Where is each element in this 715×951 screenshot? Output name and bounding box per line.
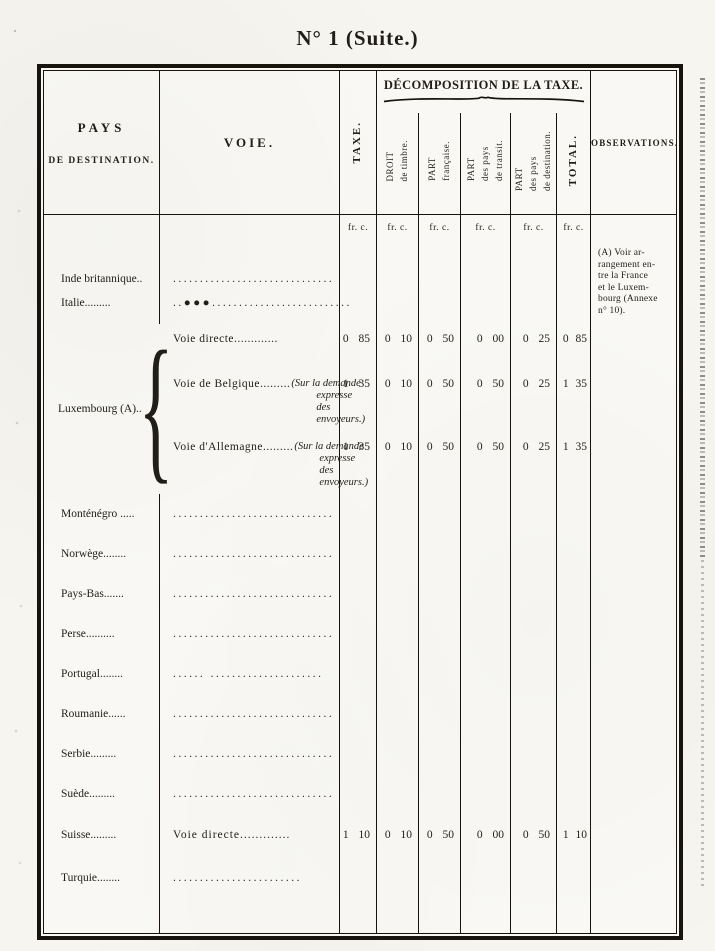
francaise-cell — [419, 534, 461, 574]
country-label: Norwège........ — [44, 534, 160, 574]
taxe-cell — [340, 574, 377, 614]
observations-cell — [591, 436, 676, 494]
header-part-francaise-label: PART française. — [426, 141, 454, 181]
transit-cell — [461, 574, 511, 614]
transit-cell: 0 00 — [461, 324, 511, 372]
voie-value: Voie d'Allemagne......... (Sur la demand… — [160, 436, 340, 494]
transit-cell — [461, 494, 511, 534]
header-droit-timbre: DROIT de timbre. — [377, 113, 419, 214]
table-row-italie: Italie......... ..●●●...................… — [44, 282, 676, 324]
country-label: Monténégro ..... — [44, 494, 160, 534]
table-row-roumanie: Roumanie...... .........................… — [44, 694, 676, 734]
table-row-suede: Suède......... .........................… — [44, 774, 676, 814]
taxe-cell: 1 10 — [340, 814, 377, 856]
total-cell — [557, 494, 591, 534]
header-part-transit: PART des pays de transit. — [461, 113, 511, 214]
horizontal-brace-decoration — [381, 94, 587, 104]
units-row: fr. c. fr. c. fr. c. fr. c. fr. c. fr. c… — [44, 214, 676, 240]
voie-value: .............................. — [160, 494, 340, 534]
francaise-cell — [419, 614, 461, 654]
transit-cell — [461, 774, 511, 814]
table-body: Inde britannique.. .....................… — [44, 240, 676, 933]
voie-value: .............................. — [160, 734, 340, 774]
timbre-cell — [377, 282, 419, 324]
units-timbre: fr. c. — [377, 215, 419, 240]
total-cell — [557, 534, 591, 574]
units-transit: fr. c. — [461, 215, 511, 240]
header-taxe-label: TAXE. — [349, 121, 366, 164]
luxembourg-entry-voie-allemagne: Voie d'Allemagne......... (Sur la demand… — [160, 436, 676, 494]
table-row-portugal: Portugal........ ...... ................… — [44, 654, 676, 694]
timbre-cell — [377, 694, 419, 734]
taxe-cell — [340, 494, 377, 534]
destination-cell: 0 25 — [511, 436, 557, 494]
scan-speckles — [14, 30, 16, 32]
voie-line: Voie d'Allemagne......... — [173, 441, 293, 453]
total-cell: 1 35 — [557, 436, 591, 494]
destination-cell: 0 25 — [511, 372, 557, 436]
francaise-cell — [419, 774, 461, 814]
taxe-cell — [340, 534, 377, 574]
transit-cell: 0 50 — [461, 372, 511, 436]
timbre-cell — [377, 734, 419, 774]
table-row-norwege: Norwège........ ........................… — [44, 534, 676, 574]
timbre-cell: 0 10 — [377, 814, 419, 856]
country-label-luxembourg: Luxembourg (A).. — [44, 324, 160, 494]
voie-value: Voie directe............. — [160, 324, 340, 372]
voie-value: .............................. — [160, 694, 340, 734]
timbre-cell — [377, 494, 419, 534]
transit-cell — [461, 654, 511, 694]
voie-line: Voie de Belgique......... — [173, 378, 290, 390]
header-part-transit-label: PART des pays de transit. — [465, 140, 507, 181]
header-taxe: TAXE. — [340, 71, 377, 214]
decomposition-title: DÉCOMPOSITION DE LA TAXE. — [384, 78, 583, 93]
observations-cell — [591, 534, 676, 574]
francaise-cell — [419, 494, 461, 534]
voie-value: .............................. — [160, 774, 340, 814]
table-row-pays-bas: Pays-Bas....... ........................… — [44, 574, 676, 614]
header-pays-line2: DE DESTINATION. — [48, 156, 154, 166]
transit-cell — [461, 282, 511, 324]
voie-value: Voie directe............. — [160, 814, 340, 856]
francaise-cell — [419, 856, 461, 933]
table-row-inde-britannique: Inde britannique.. .....................… — [44, 240, 676, 282]
observations-cell — [591, 494, 676, 534]
country-label: Portugal........ — [44, 654, 160, 694]
observations-cell — [591, 694, 676, 734]
francaise-cell — [419, 734, 461, 774]
units-destination: fr. c. — [511, 215, 557, 240]
units-observations-cell — [591, 215, 676, 240]
transit-cell — [461, 694, 511, 734]
voie-value: Voie de Belgique......... (Sur la demand… — [160, 372, 340, 436]
header-observations-label: OBSERVATIONS. — [591, 138, 678, 148]
total-cell — [557, 574, 591, 614]
country-label: Turquie........ — [44, 856, 160, 933]
table-row-turquie: Turquie........ ........................ — [44, 856, 676, 933]
observations-cell — [591, 774, 676, 814]
country-label: Suisse......... — [44, 814, 160, 856]
total-cell — [557, 614, 591, 654]
voie-value: ...... ..................... — [160, 654, 340, 694]
timbre-cell — [377, 534, 419, 574]
decomposition-heading: DÉCOMPOSITION DE LA TAXE. — [377, 71, 590, 113]
observations-cell — [591, 574, 676, 614]
total-cell — [557, 694, 591, 734]
taxe-cell — [340, 734, 377, 774]
tariff-table-inner: PAYS DE DESTINATION. VOIE. TAXE. DÉCOMPO… — [43, 70, 677, 934]
voie-value: .............................. — [160, 534, 340, 574]
timbre-cell — [377, 856, 419, 933]
observations-cell — [591, 282, 676, 324]
total-cell — [557, 654, 591, 694]
taxe-cell: 1 35 — [340, 436, 377, 494]
voie-line: Voie directe............. — [173, 333, 278, 345]
timbre-cell: 0 10 — [377, 372, 419, 436]
destination-cell — [511, 534, 557, 574]
units-francaise: fr. c. — [419, 215, 461, 240]
luxembourg-entry-voie-belgique: Voie de Belgique......... (Sur la demand… — [160, 372, 676, 436]
table-row-serbie: Serbie......... ........................… — [44, 734, 676, 774]
timbre-cell — [377, 574, 419, 614]
table-row-montenegro: Monténégro ..... .......................… — [44, 494, 676, 534]
destination-cell — [511, 282, 557, 324]
header-pays-line1: PAYS — [78, 120, 126, 136]
observations-cell — [591, 654, 676, 694]
observations-cell — [591, 856, 676, 933]
country-label: Pays-Bas....... — [44, 574, 160, 614]
taxe-cell: 0 85 — [340, 324, 377, 372]
header-total-label: TOTAL. — [565, 134, 582, 186]
transit-cell — [461, 534, 511, 574]
observations-cell — [591, 734, 676, 774]
timbre-cell — [377, 654, 419, 694]
units-total: fr. c. — [557, 215, 591, 240]
decomposition-subheaders: DROIT de timbre. PART française. PART de… — [377, 113, 590, 214]
table-row-suisse: Suisse......... Voie directe............… — [44, 814, 676, 856]
francaise-cell — [419, 654, 461, 694]
transit-cell: 0 50 — [461, 436, 511, 494]
total-cell — [557, 734, 591, 774]
transit-cell — [461, 734, 511, 774]
country-label: Perse.......... — [44, 614, 160, 654]
units-pays-cell — [44, 215, 160, 240]
destination-cell — [511, 694, 557, 734]
observations-cell — [591, 372, 676, 436]
header-voie-label: VOIE. — [224, 135, 275, 151]
taxe-cell — [340, 856, 377, 933]
observations-cell — [591, 614, 676, 654]
total-cell — [557, 282, 591, 324]
voie-value: .............................. — [160, 614, 340, 654]
units-voie-cell — [160, 215, 340, 240]
header-decomposition-group: DÉCOMPOSITION DE LA TAXE. DROIT de timbr… — [377, 71, 591, 214]
header-pays: PAYS DE DESTINATION. — [44, 71, 160, 214]
header-voie: VOIE. — [160, 71, 340, 214]
francaise-cell: 0 50 — [419, 324, 461, 372]
table-row-perse: Perse.......... ........................… — [44, 614, 676, 654]
taxe-cell: 1 35 — [340, 372, 377, 436]
luxembourg-entries: Voie directe............. 0 85 0 10 0 50… — [160, 324, 676, 494]
timbre-cell — [377, 614, 419, 654]
francaise-cell: 0 50 — [419, 436, 461, 494]
total-cell: 0 85 — [557, 324, 591, 372]
voie-value: .............................. — [160, 574, 340, 614]
observations-cell — [591, 814, 676, 856]
page-bleed-artifact-lower — [701, 560, 704, 890]
page-title: N° 1 (Suite.) — [0, 26, 715, 51]
header-part-francaise: PART française. — [419, 113, 461, 214]
table-row-luxembourg-group: Luxembourg (A).. { Voie directe.........… — [44, 324, 676, 494]
country-label: Italie......... — [44, 282, 160, 324]
total-cell: 1 10 — [557, 814, 591, 856]
voie-value: ..●●●.......................... — [160, 282, 340, 324]
francaise-cell — [419, 282, 461, 324]
destination-cell — [511, 774, 557, 814]
destination-cell: 0 25 — [511, 324, 557, 372]
destination-cell: 0 50 — [511, 814, 557, 856]
tariff-table: PAYS DE DESTINATION. VOIE. TAXE. DÉCOMPO… — [37, 64, 683, 940]
francaise-cell — [419, 574, 461, 614]
header-total: TOTAL. — [557, 113, 590, 214]
total-cell — [557, 774, 591, 814]
timbre-cell — [377, 774, 419, 814]
voie-value: ........................ — [160, 856, 340, 933]
destination-cell — [511, 614, 557, 654]
luxembourg-entry-voie-directe: Voie directe............. 0 85 0 10 0 50… — [160, 324, 676, 372]
total-cell: 1 35 — [557, 372, 591, 436]
country-label: Serbie......... — [44, 734, 160, 774]
total-cell — [557, 856, 591, 933]
page-bleed-artifact — [700, 78, 705, 558]
country-label: Suède......... — [44, 774, 160, 814]
francaise-cell: 0 50 — [419, 814, 461, 856]
table-header: PAYS DE DESTINATION. VOIE. TAXE. DÉCOMPO… — [44, 71, 676, 214]
destination-cell — [511, 494, 557, 534]
header-observations: OBSERVATIONS. — [591, 71, 678, 214]
taxe-cell — [340, 614, 377, 654]
taxe-cell — [340, 282, 377, 324]
destination-cell — [511, 734, 557, 774]
transit-cell — [461, 856, 511, 933]
francaise-cell — [419, 694, 461, 734]
taxe-cell — [340, 774, 377, 814]
header-part-destination-label: PART des pays de destination. — [513, 131, 555, 191]
header-droit-timbre-label: DROIT de timbre. — [384, 140, 412, 182]
transit-cell — [461, 614, 511, 654]
country-label: Roumanie...... — [44, 694, 160, 734]
taxe-cell — [340, 694, 377, 734]
destination-cell — [511, 856, 557, 933]
francaise-cell: 0 50 — [419, 372, 461, 436]
units-taxe: fr. c. — [340, 215, 377, 240]
transit-cell: 0 00 — [461, 814, 511, 856]
destination-cell — [511, 574, 557, 614]
observations-cell — [591, 324, 676, 372]
destination-cell — [511, 654, 557, 694]
timbre-cell: 0 10 — [377, 324, 419, 372]
taxe-cell — [340, 654, 377, 694]
timbre-cell: 0 10 — [377, 436, 419, 494]
header-part-destination: PART des pays de destination. — [511, 113, 557, 214]
